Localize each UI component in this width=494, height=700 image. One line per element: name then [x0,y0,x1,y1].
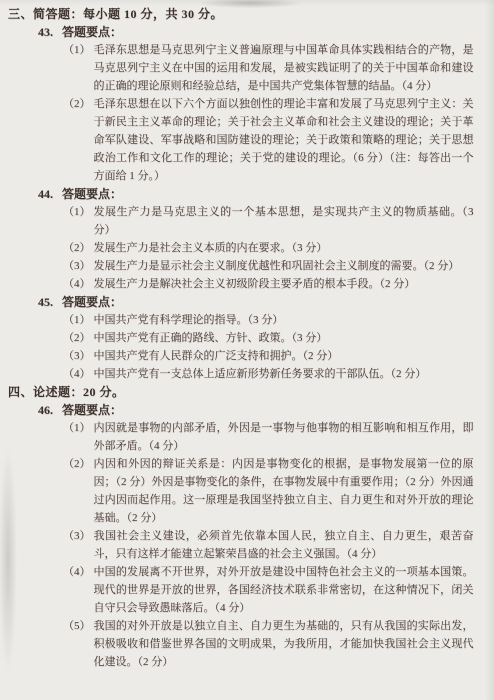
item-marker: （3） [63,347,94,365]
item-text: 发展生产力是马克思主义的一个基本思想，是实现共产主义的物质基础。（3 分） [94,203,474,239]
item-text: 发展生产力是解决社会主义初级阶段主要矛盾的根本手段。（2 分） [94,275,474,293]
answer-item: （1） 中国共产党有科学理论的指导。（3 分） [63,311,494,329]
item-text: 我国的对外开放是以独立自主、自力更生为基础的，只有从我国的实际出发，积极吸收和借… [94,617,474,671]
answer-items-45: （1） 中国共产党有科学理论的指导。（3 分） （2） 中国共产党有正确的路线、… [63,311,494,383]
item-text: 中国共产党有正确的路线、方针、政策。（3 分） [94,329,474,347]
question-label: 答题要点： [62,403,122,417]
item-text: 毛泽东思想在以下六个方面以独创性的理论丰富和发展了马克思列宁主义：关于新民主主义… [94,95,474,185]
item-marker: （4） [63,563,94,581]
item-marker: （1） [63,203,94,221]
item-text: 中国共产党有人民群众的广泛支持和拥护。（2 分） [94,347,474,365]
item-marker: （2） [63,95,94,113]
item-text: 中国的发展离不开世界，对外开放是建设中国特色社会主义的一项基本国策。现代的世界是… [94,563,474,617]
item-text: 我国社会主义建设，必须首先依靠本国人民，独立自主、自力更生，艰苦奋斗，只有这样才… [94,527,474,563]
item-text: 毛泽东思想是马克思列宁主义普遍原理与中国革命具体实践相结合的产物，是马克思列宁主… [94,41,474,95]
question-header-43: 43.答题要点： [0,23,494,41]
section-heading-short-answer: 三、简答题：每小题 10 分，共 30 分。 [0,5,494,23]
answer-item: （3） 中国共产党有人民群众的广泛支持和拥护。（2 分） [63,347,494,365]
question-number: 46. [38,403,53,417]
answer-item: （2） 中国共产党有正确的路线、方针、政策。（3 分） [63,329,494,347]
item-text: 发展生产力是显示社会主义制度优越性和巩固社会主义制度的需要。（2 分） [94,257,474,275]
item-marker: （2） [63,455,94,473]
question-number: 45. [38,295,53,309]
answer-item: （1） 发展生产力是马克思主义的一个基本思想，是实现共产主义的物质基础。（3 分… [63,203,494,239]
item-marker: （1） [63,311,94,329]
question-number: 43. [38,25,53,39]
answer-items-44: （1） 发展生产力是马克思主义的一个基本思想，是实现共产主义的物质基础。（3 分… [63,203,494,293]
answer-item: （5） 我国的对外开放是以独立自主、自力更生为基础的，只有从我国的实际出发，积极… [63,617,494,671]
question-number: 44. [38,187,53,201]
question-header-44: 44.答题要点： [0,185,494,203]
item-marker: （2） [63,329,94,347]
answer-item: （1） 毛泽东思想是马克思列宁主义普遍原理与中国革命具体实践相结合的产物，是马克… [63,41,494,95]
item-text: 中国共产党有一支总体上适应新形势新任务要求的干部队伍。（2 分） [94,365,474,383]
item-marker: （1） [63,419,94,437]
item-marker: （3） [63,257,94,275]
scanned-answer-key-page: 三、简答题：每小题 10 分，共 30 分。 43.答题要点： （1） 毛泽东思… [0,0,494,700]
item-marker: （5） [63,617,94,635]
question-label: 答题要点： [62,295,122,309]
answer-item: （2） 毛泽东思想在以下六个方面以独创性的理论丰富和发展了马克思列宁主义：关于新… [63,95,494,185]
question-label: 答题要点： [62,25,122,39]
item-text: 中国共产党有科学理论的指导。（3 分） [94,311,474,329]
question-header-46: 46.答题要点： [0,401,494,419]
item-marker: （3） [63,527,94,545]
answer-item: （3） 我国社会主义建设，必须首先依靠本国人民，独立自主、自力更生，艰苦奋斗，只… [63,527,494,563]
item-marker: （1） [63,41,94,59]
answer-item: （4） 发展生产力是解决社会主义初级阶段主要矛盾的根本手段。（2 分） [63,275,494,293]
answer-item: （3） 发展生产力是显示社会主义制度优越性和巩固社会主义制度的需要。（2 分） [63,257,494,275]
answer-item: （2） 发展生产力是社会主义本质的内在要求。（3 分） [63,239,494,257]
answer-item: （4） 中国共产党有一支总体上适应新形势新任务要求的干部队伍。（2 分） [63,365,494,383]
answer-items-43: （1） 毛泽东思想是马克思列宁主义普遍原理与中国革命具体实践相结合的产物，是马克… [63,41,494,185]
answer-item: （4） 中国的发展离不开世界，对外开放是建设中国特色社会主义的一项基本国策。现代… [63,563,494,617]
section-heading-essay: 四、论述题：20 分。 [0,383,494,401]
question-label: 答题要点： [62,187,122,201]
answer-items-46: （1） 内因就是事物的内部矛盾，外因是一事物与他事物的相互影响和相互作用，即外部… [63,419,494,671]
item-marker: （4） [63,365,94,383]
item-text: 内因和外因的辩证关系是：内因是事物变化的根据，是事物发展第一位的原因；（2 分）… [94,455,474,527]
item-text: 发展生产力是社会主义本质的内在要求。（3 分） [94,239,474,257]
item-marker: （2） [63,239,94,257]
item-text: 内因就是事物的内部矛盾，外因是一事物与他事物的相互影响和相互作用，即外部矛盾。（… [94,419,474,455]
answer-item: （1） 内因就是事物的内部矛盾，外因是一事物与他事物的相互影响和相互作用，即外部… [63,419,494,455]
answer-item: （2） 内因和外因的辩证关系是：内因是事物变化的根据，是事物发展第一位的原因；（… [63,455,494,527]
question-header-45: 45.答题要点： [0,293,494,311]
item-marker: （4） [63,275,94,293]
